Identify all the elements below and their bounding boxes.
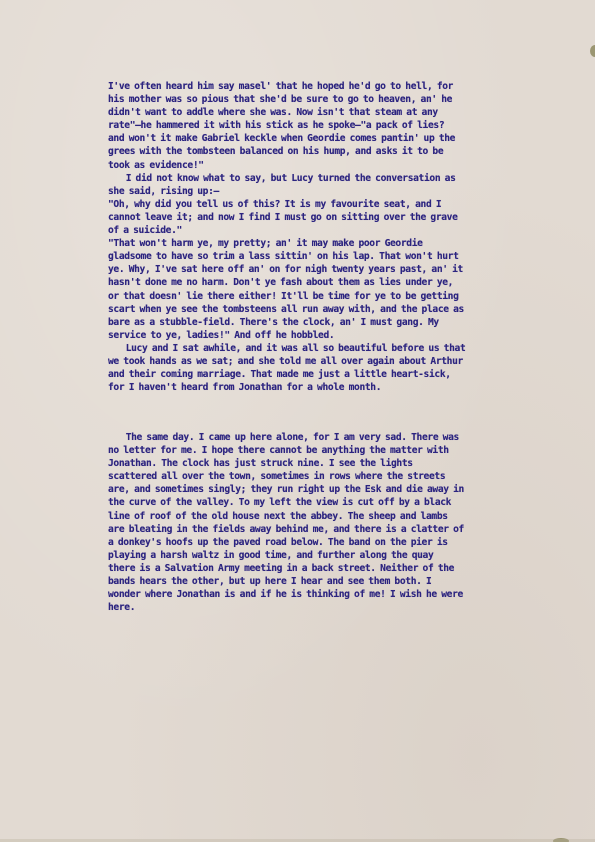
text-line: or that doesn' lie there either! It'll b… bbox=[108, 290, 528, 303]
text-line: of a suicide." bbox=[108, 224, 528, 237]
text-line: and their coming marriage. That made me … bbox=[108, 368, 528, 381]
text-line: Lucy and I sat awhile, and it was all so… bbox=[108, 342, 528, 355]
text-line: wonder where Jonathan is and if he is th… bbox=[108, 588, 528, 601]
text-line: for I haven't heard from Jonathan for a … bbox=[108, 381, 528, 394]
text-line: playing a harsh waltz in good time, and … bbox=[108, 549, 528, 562]
text-line: gladsome to have so trim a lass sittin' … bbox=[108, 250, 528, 263]
text-line: she said, rising up:— bbox=[108, 185, 528, 198]
journal-section-1: I've often heard him say masel' that he … bbox=[108, 80, 528, 394]
text-line: "That won't harm ye, my pretty; an' it m… bbox=[108, 237, 528, 250]
text-line: grees with the tombsteen balanced on his… bbox=[108, 145, 528, 158]
text-line: and won't it make Gabriel keckle when Ge… bbox=[108, 132, 528, 145]
paper-page: I've often heard him say masel' that he … bbox=[0, 0, 595, 842]
text-line: took as evidence!" bbox=[108, 159, 528, 172]
paper-stain bbox=[590, 45, 595, 57]
text-line: I've often heard him say masel' that he … bbox=[108, 80, 528, 93]
text-line: ye. Why, I've sat here off an' on for ni… bbox=[108, 263, 528, 276]
text-line: no letter for me. I hope there cannot be… bbox=[108, 444, 528, 457]
text-line: Jonathan. The clock has just struck nine… bbox=[108, 457, 528, 470]
text-line: I did not know what to say, but Lucy tur… bbox=[108, 172, 528, 185]
text-line: his mother was so pious that she'd be su… bbox=[108, 93, 528, 106]
text-line: rate"—he hammered it with his stick as h… bbox=[108, 119, 528, 132]
text-line: are, and sometimes singly; they run righ… bbox=[108, 483, 528, 496]
text-line: bare as a stubble-field. There's the clo… bbox=[108, 316, 528, 329]
text-line: cannot leave it; and now I find I must g… bbox=[108, 211, 528, 224]
text-line: here. bbox=[108, 601, 528, 614]
text-line: line of roof of the old house next the a… bbox=[108, 510, 528, 523]
text-line: bands hears the other, but up here I hea… bbox=[108, 575, 528, 588]
text-line: The same day. I came up here alone, for … bbox=[108, 431, 528, 444]
text-line: scart when ye see the tombsteens all run… bbox=[108, 303, 528, 316]
text-line: are bleating in the fields away behind m… bbox=[108, 523, 528, 536]
text-line: service to ye, ladies!" And off he hobbl… bbox=[108, 329, 528, 342]
journal-section-2: The same day. I came up here alone, for … bbox=[108, 431, 528, 614]
text-line: there is a Salvation Army meeting in a b… bbox=[108, 562, 528, 575]
text-line: scattered all over the town, sometimes i… bbox=[108, 470, 528, 483]
text-line: a donkey's hoofs up the paved road below… bbox=[108, 536, 528, 549]
text-line: didn't want to addle where she was. Now … bbox=[108, 106, 528, 119]
text-line: the curve of the valley. To my left the … bbox=[108, 496, 528, 509]
text-line: "Oh, why did you tell us of this? It is … bbox=[108, 198, 528, 211]
text-line: hasn't done me no harm. Don't ye fash ab… bbox=[108, 276, 528, 289]
text-line: we took hands as we sat; and she told me… bbox=[108, 355, 528, 368]
